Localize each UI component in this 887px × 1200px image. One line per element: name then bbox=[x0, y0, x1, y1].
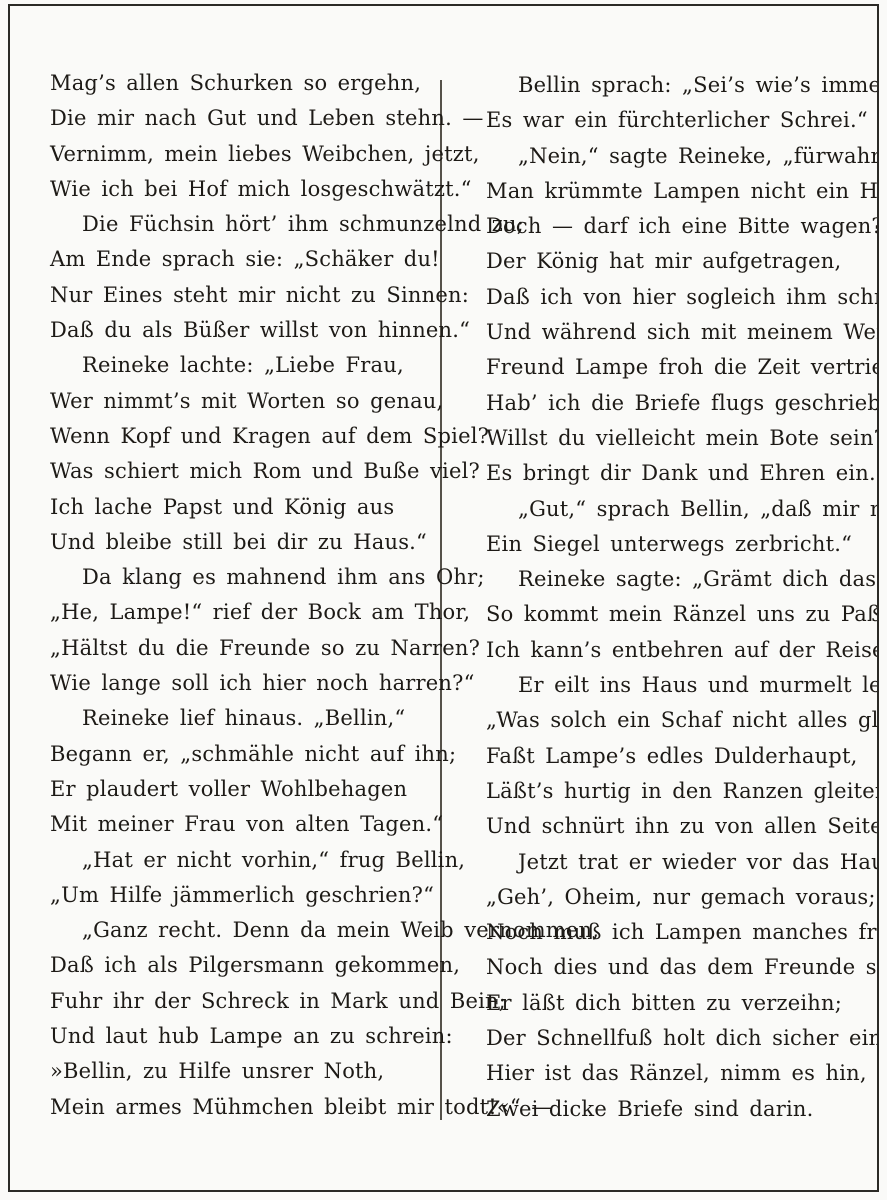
verse-line: Der Schnellfuß holt dich sicher ein. — bbox=[486, 1021, 879, 1056]
verse-line: Reineke lief hinaus. „Bellin,“ bbox=[50, 701, 442, 736]
verse-line: Und während sich mit meinem Weibe bbox=[486, 315, 879, 350]
verse-line: „He, Lampe!“ rief der Bock am Thor, bbox=[50, 595, 442, 630]
verse-line: So kommt mein Ränzel uns zu Paß. bbox=[486, 597, 879, 632]
verse-line: Er läßt dich bitten zu verzeihn; bbox=[486, 986, 879, 1021]
verse-line: Und laut hub Lampe an zu schrein: bbox=[50, 1019, 442, 1054]
verse-line: Begann er, „schmähle nicht auf ihn; bbox=[50, 737, 442, 772]
verse-line: Noch dies und das dem Freunde sagen . . … bbox=[486, 950, 879, 985]
verse-line: Mag’s allen Schurken so ergehn, bbox=[50, 66, 442, 101]
verse-line: Freund Lampe froh die Zeit vertrieben, bbox=[486, 350, 879, 385]
verse-line: Wie ich bei Hof mich losgeschwätzt.“ bbox=[50, 172, 442, 207]
verse-line: Am Ende sprach sie: „Schäker du! bbox=[50, 242, 442, 277]
verse-line: Zwei dicke Briefe sind darin. bbox=[486, 1092, 879, 1127]
verse-line: Hab’ ich die Briefe flugs geschrieben. bbox=[486, 386, 879, 421]
verse-line: Die mir nach Gut und Leben stehn. — bbox=[50, 101, 442, 136]
verse-line: Er eilt ins Haus und murmelt leise: bbox=[486, 668, 879, 703]
verse-line: Jetzt trat er wieder vor das Haus. bbox=[486, 845, 879, 880]
verse-line: Fuhr ihr der Schreck in Mark und Bein; bbox=[50, 984, 442, 1019]
verse-line: „Nein,“ sagte Reineke, „fürwahr, bbox=[486, 139, 879, 174]
verse-line: Wer nimmt’s mit Worten so genau, bbox=[50, 384, 442, 419]
verse-line: „Hat er nicht vorhin,“ frug Bellin, bbox=[50, 843, 442, 878]
verse-line: Bellin sprach: „Sei’s wie’s immer sei, bbox=[486, 68, 879, 103]
verse-line: „Geh’, Oheim, nur gemach voraus; bbox=[486, 880, 879, 915]
verse-line: Es war ein fürchterlicher Schrei.“ bbox=[486, 103, 879, 138]
verse-line: Und bleibe still bei dir zu Haus.“ bbox=[50, 525, 442, 560]
verse-line: Reineke lachte: „Liebe Frau, bbox=[50, 348, 442, 383]
verse-line: »Bellin, zu Hilfe unsrer Noth, bbox=[50, 1054, 442, 1089]
verse-line: „Ganz recht. Denn da mein Weib vernommen… bbox=[50, 913, 442, 948]
verse-line: Mit meiner Frau von alten Tagen.“ bbox=[50, 807, 442, 842]
verse-line: Daß ich als Pilgersmann gekommen, bbox=[50, 948, 442, 983]
verse-line: Willst du vielleicht mein Bote sein? bbox=[486, 421, 879, 456]
verse-line: „Hältst du die Freunde so zu Narren? bbox=[50, 631, 442, 666]
verse-line: Daß du als Büßer willst von hinnen.“ bbox=[50, 313, 442, 348]
verse-line: Läßt’s hurtig in den Ranzen gleiten bbox=[486, 774, 879, 809]
verse-line: Er plaudert voller Wohlbehagen bbox=[50, 772, 442, 807]
verse-line: Ich kann’s entbehren auf der Reise.“ bbox=[486, 633, 879, 668]
verse-line: Reineke sagte: „Grämt dich das? bbox=[486, 562, 879, 597]
verse-line: Da klang es mahnend ihm ans Ohr; bbox=[50, 560, 442, 595]
verse-line: Vernimm, mein liebes Weibchen, jetzt, bbox=[50, 137, 442, 172]
verse-line: „Um Hilfe jämmerlich geschrien?“ bbox=[50, 878, 442, 913]
verse-line: Noch muß ich Lampen manches fragen, bbox=[486, 915, 879, 950]
verse-line: Man krümmte Lampen nicht ein Haar. bbox=[486, 174, 879, 209]
verse-column-left: Mag’s allen Schurken so ergehn, Die mir … bbox=[50, 66, 442, 1125]
verse-line: Doch — darf ich eine Bitte wagen? bbox=[486, 209, 879, 244]
verse-column-right: Bellin sprach: „Sei’s wie’s immer sei, E… bbox=[486, 68, 879, 1127]
verse-line: Hier ist das Ränzel, nimm es hin, bbox=[486, 1056, 879, 1091]
verse-line: „Gut,“ sprach Bellin, „daß mir nur nicht bbox=[486, 492, 879, 527]
verse-line: Ich lache Papst und König aus bbox=[50, 490, 442, 525]
verse-line: Die Füchsin hört’ ihm schmunzelnd zu; bbox=[50, 207, 442, 242]
verse-line: Es bringt dir Dank und Ehren ein.“ bbox=[486, 456, 879, 491]
verse-line: Der König hat mir aufgetragen, bbox=[486, 244, 879, 279]
verse-line: Daß ich von hier sogleich ihm schreibe. bbox=[486, 280, 879, 315]
verse-line: Ein Siegel unterwegs zerbricht.“ bbox=[486, 527, 879, 562]
verse-line: Mein armes Mühmchen bleibt mir todt!«“ — bbox=[50, 1090, 442, 1125]
verse-line: Wie lange soll ich hier noch harren?“ bbox=[50, 666, 442, 701]
page-frame: Mag’s allen Schurken so ergehn, Die mir … bbox=[8, 4, 879, 1192]
verse-line: Faßt Lampe’s edles Dulderhaupt, bbox=[486, 739, 879, 774]
verse-line: Wenn Kopf und Kragen auf dem Spiel? bbox=[50, 419, 442, 454]
verse-line: Nur Eines steht mir nicht zu Sinnen: bbox=[50, 278, 442, 313]
verse-line: Und schnürt ihn zu von allen Seiten. bbox=[486, 809, 879, 844]
verse-line: „Was solch ein Schaf nicht alles glaubt!… bbox=[486, 703, 879, 738]
verse-line: Was schiert mich Rom und Buße viel? bbox=[50, 454, 442, 489]
